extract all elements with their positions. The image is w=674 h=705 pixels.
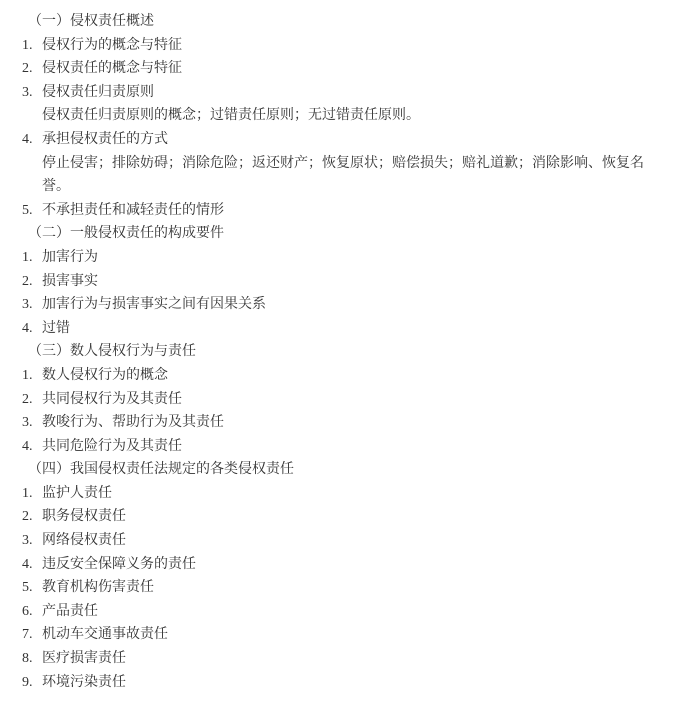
outline-item: 7.机动车交通事故责任 [0,623,656,647]
document-page: （一）侵权责任概述1.侵权行为的概念与特征2.侵权责任的概念与特征3.侵权责任归… [0,0,674,705]
item-number: 4. [22,435,42,459]
outline-item: 1.加害行为 [0,246,656,270]
outline-item: 1.侵权行为的概念与特征 [0,34,656,58]
item-number: 4. [22,317,42,341]
outline-item: 4.违反安全保障义务的责任 [0,553,656,577]
item-number: 1. [22,246,42,270]
item-detail: 停止侵害；排除妨碍；消除危险；返还财产；恢复原状；赔偿损失；赔礼道歉；消除影响、… [0,152,654,199]
item-number: 3. [22,81,42,105]
item-text: 违反安全保障义务的责任 [42,557,196,572]
item-text: 机动车交通事故责任 [42,627,168,642]
outline-item: 3.侵权责任归责原则 [0,81,656,105]
outline-item: 5.教育机构伤害责任 [0,576,656,600]
item-number: 8. [22,647,42,671]
item-number: 9. [22,671,42,695]
outline-item: 3.加害行为与损害事实之间有因果关系 [0,293,656,317]
outline-item: 8.医疗损害责任 [0,647,656,671]
item-number: 5. [22,199,42,223]
item-text: 承担侵权责任的方式 [42,132,168,147]
item-text: 共同危险行为及其责任 [42,439,182,454]
outline-item: 4.共同危险行为及其责任 [0,435,656,459]
item-text: 教唆行为、帮助行为及其责任 [42,415,224,430]
outline-item: 2.侵权责任的概念与特征 [0,57,656,81]
item-text: 共同侵权行为及其责任 [42,392,182,407]
item-number: 2. [22,505,42,529]
item-text: 教育机构伤害责任 [42,580,154,595]
item-number: 2. [22,270,42,294]
item-number: 5. [22,576,42,600]
outline-item: 2.共同侵权行为及其责任 [0,388,656,412]
item-number: 6. [22,600,42,624]
item-number: 2. [22,388,42,412]
outline-item: 4.承担侵权责任的方式 [0,128,656,152]
item-text: 网络侵权责任 [42,533,126,548]
outline-item: 3.网络侵权责任 [0,529,656,553]
outline-item: 5.不承担责任和减轻责任的情形 [0,199,656,223]
item-number: 3. [22,529,42,553]
outline-item: 6.产品责任 [0,600,656,624]
item-text: 职务侵权责任 [42,509,126,524]
item-detail: 侵权责任归责原则的概念；过错责任原则；无过错责任原则。 [0,104,654,128]
item-text: 监护人责任 [42,486,112,501]
item-text: 环境污染责任 [42,675,126,690]
item-number: 3. [22,411,42,435]
item-text: 侵权责任归责原则 [42,85,154,100]
section-heading: （一）侵权责任概述 [0,10,656,34]
item-number: 3. [22,293,42,317]
item-text: 不承担责任和减轻责任的情形 [42,203,224,218]
item-text: 侵权责任的概念与特征 [42,61,182,76]
section-heading: （二）一般侵权责任的构成要件 [0,222,656,246]
item-text: 过错 [42,321,70,336]
item-text: 损害事实 [42,274,98,289]
item-text: 加害行为 [42,250,98,265]
item-text: 医疗损害责任 [42,651,126,666]
item-number: 4. [22,128,42,152]
outline-item: 1.监护人责任 [0,482,656,506]
item-number: 4. [22,553,42,577]
item-number: 1. [22,34,42,58]
outline-item: 2.损害事实 [0,270,656,294]
item-number: 1. [22,482,42,506]
section-heading: （四）我国侵权责任法规定的各类侵权责任 [0,458,656,482]
outline-item: 4.过错 [0,317,656,341]
outline-item: 9.环境污染责任 [0,671,656,695]
item-text: 数人侵权行为的概念 [42,368,168,383]
item-text: 产品责任 [42,604,98,619]
item-number: 2. [22,57,42,81]
item-number: 7. [22,623,42,647]
item-text: 加害行为与损害事实之间有因果关系 [42,297,266,312]
outline-item: 3.教唆行为、帮助行为及其责任 [0,411,656,435]
outline-item: 2.职务侵权责任 [0,505,656,529]
outline-item: 1.数人侵权行为的概念 [0,364,656,388]
section-heading: （三）数人侵权行为与责任 [0,340,656,364]
item-number: 1. [22,364,42,388]
item-text: 侵权行为的概念与特征 [42,38,182,53]
